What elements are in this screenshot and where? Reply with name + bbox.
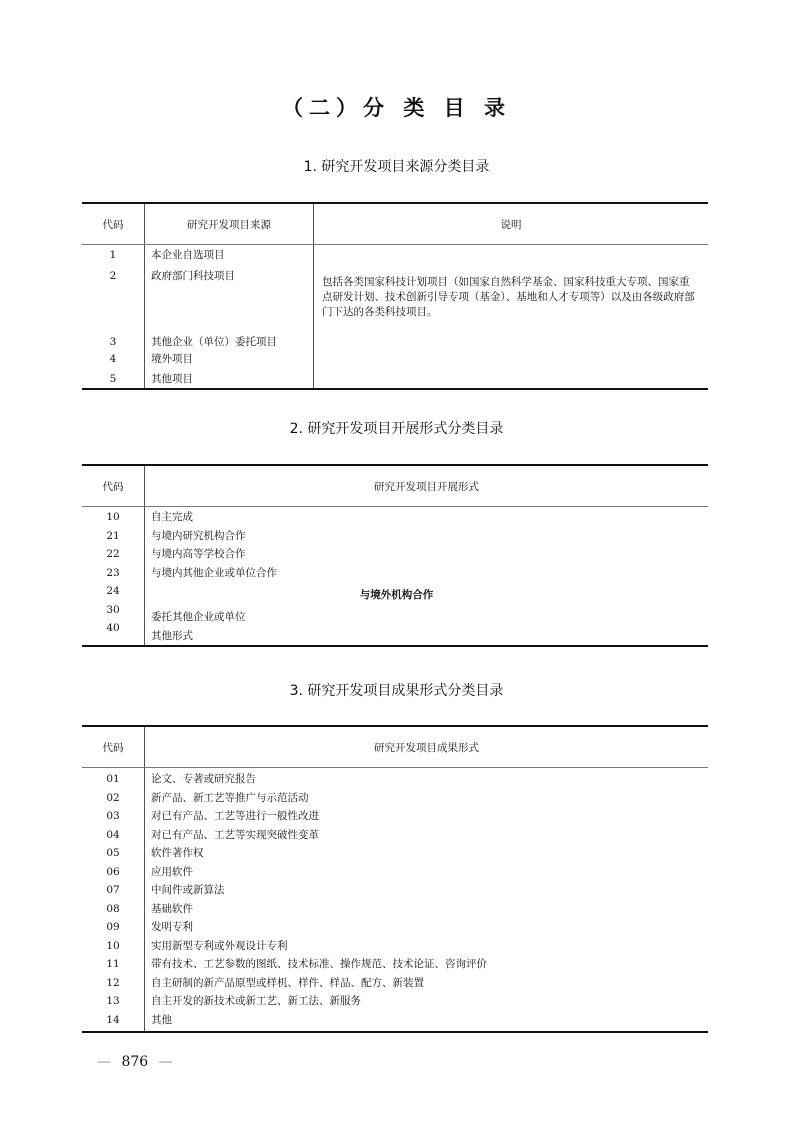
row-label: 自主开发的新技术或新工艺、新工法、新服务 [145,992,709,1011]
row-code: 21 [88,527,138,546]
table-row: 12自主研制的新产品原型或样机、样件、样品、配方、新装置 [82,974,708,993]
row-label: 其他项目 [151,370,307,389]
row-code: 5 [88,370,138,389]
row-code: 04 [82,826,145,845]
table-row: 07中间件或新算法 [82,881,708,900]
row-code: 24 [88,582,138,601]
row-label: 委托其他企业或单位 [151,608,702,627]
row-label: 自主完成 [151,508,702,527]
source-table: 代码 研究开发项目来源 说明 12345 本企业自选项目政府部门科技项目其他企业… [82,202,708,390]
table-row: 10 21 22 23 24 30 40 自主完成 与境内研究机构合作 与境内高… [82,507,708,647]
row-label: 与境内研究机构合作 [151,527,702,546]
section-title-form: 2. 研究开发项目开展形式分类目录 [0,418,793,438]
row-label: 中间件或新算法 [145,881,709,900]
table-row: 14其他 [82,1011,708,1033]
row-label: 软件著作权 [145,844,709,863]
table-row: 11带有技术、工艺参数的图纸、技术标准、操作规范、技术论证、咨询评价 [82,955,708,974]
row-code: 10 [82,937,145,956]
col-header-code: 代码 [82,726,145,768]
row-label: 实用新型专利或外观设计专利 [145,937,709,956]
footer-dash-left: — [97,1054,111,1070]
row-label: 论文、专著或研究报告 [145,768,709,789]
row-label: 与境外机构合作 [151,582,702,608]
result-table: 代码 研究开发项目成果形式 01论文、专著或研究报告02新产品、新工艺等推广与示… [82,725,708,1033]
row-code: 12 [82,974,145,993]
row-code: 03 [82,807,145,826]
row-label: 境外项目 [151,352,307,366]
col-header-description: 说明 [314,203,709,245]
row-code: 13 [82,992,145,1011]
table-row: 12345 本企业自选项目政府部门科技项目其他企业（单位）委托项目境外项目其他项… [82,245,708,390]
table-row: 05软件著作权 [82,844,708,863]
table-row: 01论文、专著或研究报告 [82,768,708,789]
form-table: 代码 研究开发项目开展形式 10 21 22 23 24 30 40 自主完成 … [82,464,708,647]
table-row: 02新产品、新工艺等推广与示范活动 [82,789,708,808]
row-label: 与境内高等学校合作 [151,545,702,564]
row-label: 基础软件 [145,900,709,919]
col-header-form: 研究开发项目开展形式 [145,465,709,507]
row-code: 08 [82,900,145,919]
row-code: 11 [82,955,145,974]
row-code: 22 [88,545,138,564]
row-label: 自主研制的新产品原型或样机、样件、样品、配方、新装置 [145,974,709,993]
row-label: 本企业自选项目 [151,246,307,265]
row-code: 30 [88,601,138,620]
page-number: 876 [121,1054,148,1070]
col-header-code: 代码 [82,465,145,507]
table-row: 04对已有产品、工艺等实现突破性变革 [82,826,708,845]
row-label: 与境内其他企业或单位合作 [151,564,702,583]
row-code: 05 [82,844,145,863]
section-title-source: 1. 研究开发项目来源分类目录 [0,156,793,176]
table-row: 10实用新型专利或外观设计专利 [82,937,708,956]
page-footer: — 876 — [97,1054,173,1070]
row-code: 4 [88,352,138,366]
row-label: 新产品、新工艺等推广与示范活动 [145,789,709,808]
page-title: （二）分 类 目 录 [0,92,793,122]
section-title-result: 3. 研究开发项目成果形式分类目录 [0,680,793,700]
description-cell: 包括各类国家科技计划项目（如国家自然科学基金、国家科技重大专项、国家重点研发计划… [314,245,709,390]
row-label: 其他 [145,1011,709,1033]
row-code: 01 [82,768,145,789]
table-row: 08基础软件 [82,900,708,919]
table-row: 03对已有产品、工艺等进行一般性改进 [82,807,708,826]
footer-dash-right: — [159,1054,173,1070]
col-header-code: 代码 [82,203,145,245]
col-header-result: 研究开发项目成果形式 [145,726,709,768]
row-label: 应用软件 [145,863,709,882]
row-code: 2 [88,267,138,286]
row-code: 07 [82,881,145,900]
row-code: 06 [82,863,145,882]
row-label: 政府部门科技项目 [151,267,307,286]
row-code: 09 [82,918,145,937]
row-label: 对已有产品、工艺等进行一般性改进 [145,807,709,826]
row-label: 对已有产品、工艺等实现突破性变革 [145,826,709,845]
row-code: 14 [82,1011,145,1033]
row-code: 23 [88,564,138,583]
row-label: 带有技术、工艺参数的图纸、技术标准、操作规范、技术论证、咨询评价 [145,955,709,974]
row-code: 40 [88,619,138,644]
row-code: 10 [88,508,138,527]
row-code: 1 [88,246,138,265]
row-label: 其他企业（单位）委托项目 [151,333,307,352]
table-row: 13自主开发的新技术或新工艺、新工法、新服务 [82,992,708,1011]
row-code: 3 [88,333,138,352]
row-label: 发明专利 [145,918,709,937]
table-row: 09发明专利 [82,918,708,937]
row-code: 02 [82,789,145,808]
col-header-source: 研究开发项目来源 [145,203,314,245]
row-label: 其他形式 [151,627,702,646]
table-row: 06应用软件 [82,863,708,882]
